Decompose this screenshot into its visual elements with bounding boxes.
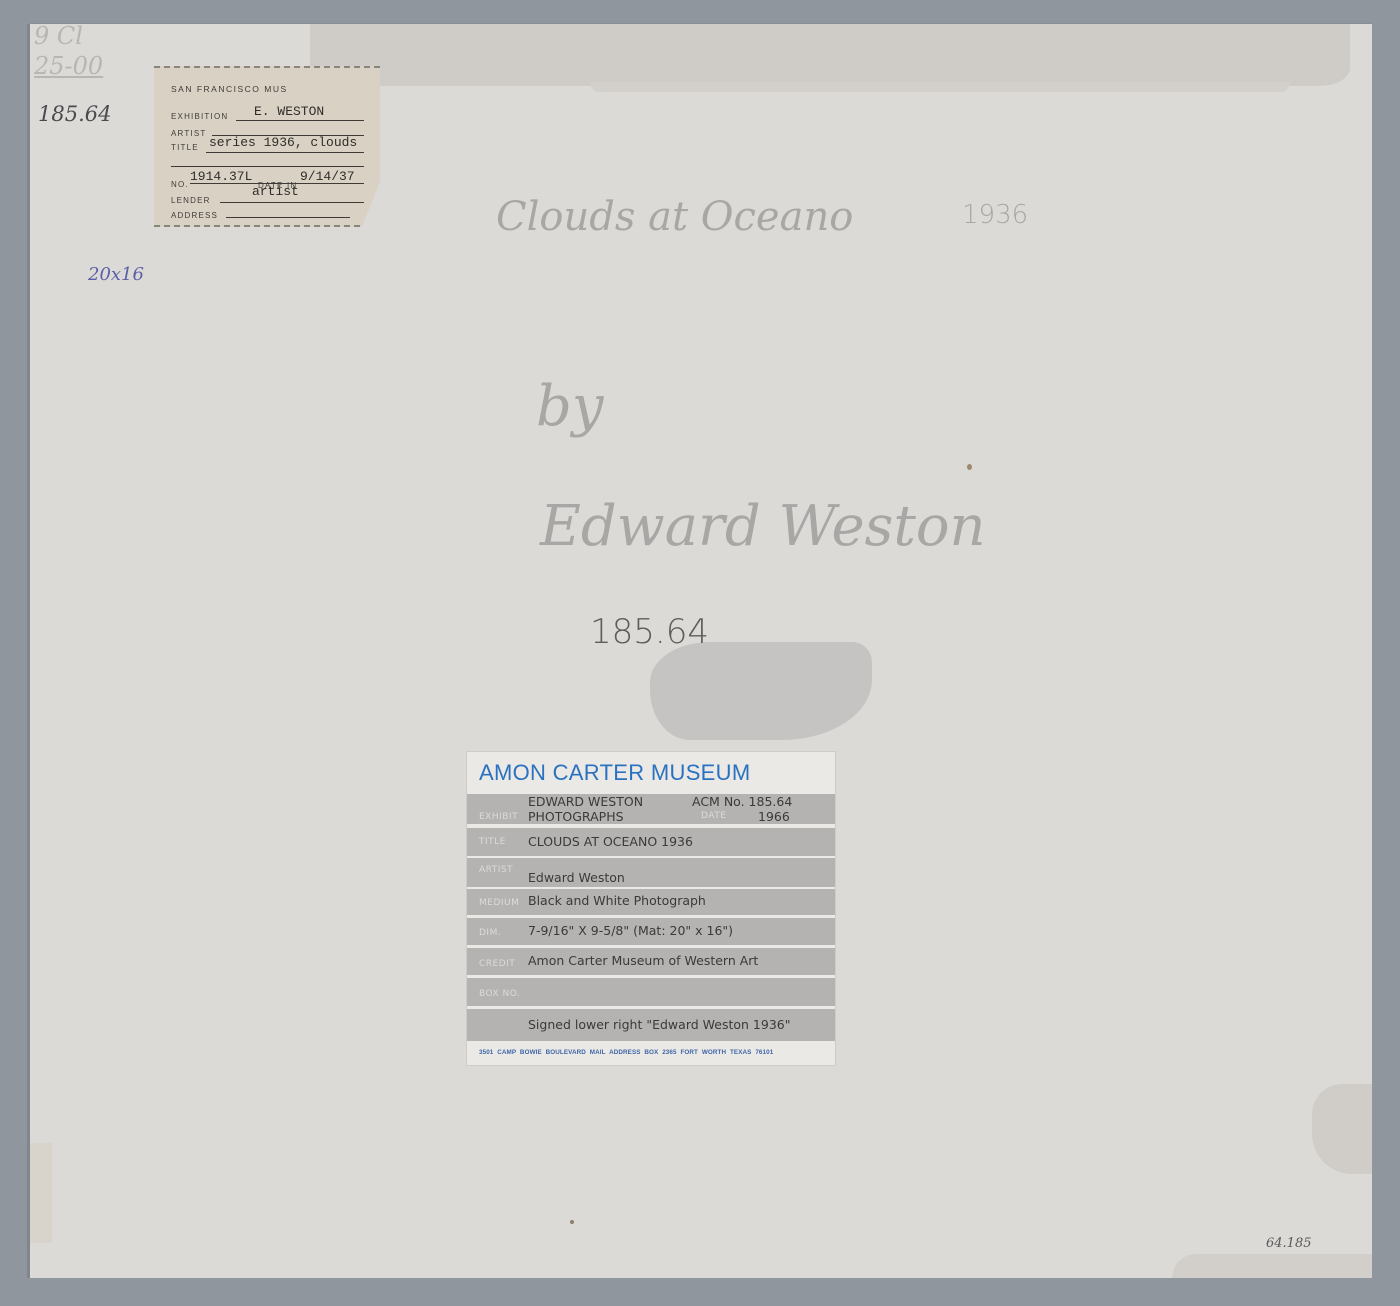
handwritten-accession-top-left: 185.64 [38,102,111,126]
date-label: DATE [701,811,726,821]
museum-name: AMON CARTER MUSEUM [479,760,750,786]
sf-exhibition-label: EXHIBITION [171,112,228,121]
handwritten-note-top: 9 Cl [34,22,83,50]
sf-tag-header: SAN FRANCISCO MUS [171,84,288,94]
dim-value: 7-9/16" X 9-5/8" (Mat: 20" x 16") [528,923,733,938]
sf-title-line [206,152,364,153]
handwritten-size-note: 20x16 [88,264,144,285]
exhibit-label: EXHIBIT [479,812,518,822]
medium-value: Black and White Photograph [528,893,706,908]
water-stain-bottom-right [1172,1254,1372,1278]
box-label: BOX NO. [479,989,520,999]
handwritten-signature: Edward Weston [540,494,986,559]
credit-row: CREDIT Amon Carter Museum of Western Art [467,948,835,975]
artist-label: ARTIST [479,865,513,875]
sf-blank-line [171,166,364,167]
sf-date-in-value: 9/14/37 [300,169,355,184]
sf-lender-line [220,202,364,203]
artist-row: ARTIST Edward Weston [467,858,835,887]
handwritten-year: 1936 [962,200,1028,230]
handwritten-price: 25-00 [34,52,103,80]
date-value: 1966 [758,809,790,824]
museum-address: 3501 CAMP BOWIE BOULEVARD MAIL ADDRESS B… [479,1049,773,1056]
signature-note: Signed lower right "Edward Weston 1936" [528,1017,790,1032]
water-stain-edge [590,82,1290,92]
sf-no-value: 1914.37L [190,169,252,184]
sf-no-label: NO. [171,180,189,189]
handwritten-accession-bottom-right: 64.185 [1266,1236,1312,1251]
dimensions-row: DIM. 7-9/16" X 9-5/8" (Mat: 20" x 16") [467,918,835,945]
sf-artist-label: ARTIST [171,129,207,138]
credit-value: Amon Carter Museum of Western Art [528,953,758,968]
sf-exhibition-line [236,120,364,121]
dirt-spot [967,464,972,470]
handwritten-by: by [536,374,603,439]
sf-address-label: ADDRESS [171,211,218,220]
sf-title-label: TITLE [171,143,199,152]
amon-carter-museum-label: AMON CARTER MUSEUM EXHIBIT EDWARD WESTON… [466,751,836,1066]
medium-label: MEDIUM [479,898,519,908]
exhibit-row: EXHIBIT EDWARD WESTON PHOTOGRAPHS ACM No… [467,794,835,824]
medium-row: MEDIUM Black and White Photograph [467,889,835,915]
credit-label: CREDIT [479,959,515,969]
sf-lender-value: artist [252,184,299,199]
handwritten-title: Clouds at Oceano [496,194,853,240]
exhibit-value-line1: EDWARD WESTON [528,794,643,809]
title-value: CLOUDS AT OCEANO 1936 [528,834,693,849]
dim-label: DIM. [479,928,501,938]
note-row: Signed lower right "Edward Weston 1936" [467,1009,835,1041]
exhibit-value-line2: PHOTOGRAPHS [528,809,624,824]
sf-exhibition-value: E. WESTON [254,104,324,119]
sf-address-line [226,217,350,218]
artist-value: Edward Weston [528,870,625,885]
title-row: TITLE CLOUDS AT OCEANO 1936 [467,828,835,856]
water-stain-top [310,24,1350,86]
tape-remnant [30,1143,52,1243]
sf-lender-label: LENDER [171,196,211,205]
acm-number: ACM No. 185.64 [692,794,792,809]
title-label: TITLE [479,837,506,847]
water-stain-right [1312,1084,1372,1174]
box-number-row: BOX NO. [467,978,835,1006]
sf-title-value: series 1936, clouds [209,135,357,150]
mount-board: 9 Cl 25-00 185.64 20x16 Clouds at Oceano… [30,24,1372,1278]
sf-museum-tag: SAN FRANCISCO MUS EXHIBITION E. WESTON A… [154,66,380,227]
handwritten-accession-center: 185.64 [590,612,709,652]
paper-abrasion-patch [650,642,872,740]
dirt-spot [570,1220,574,1224]
